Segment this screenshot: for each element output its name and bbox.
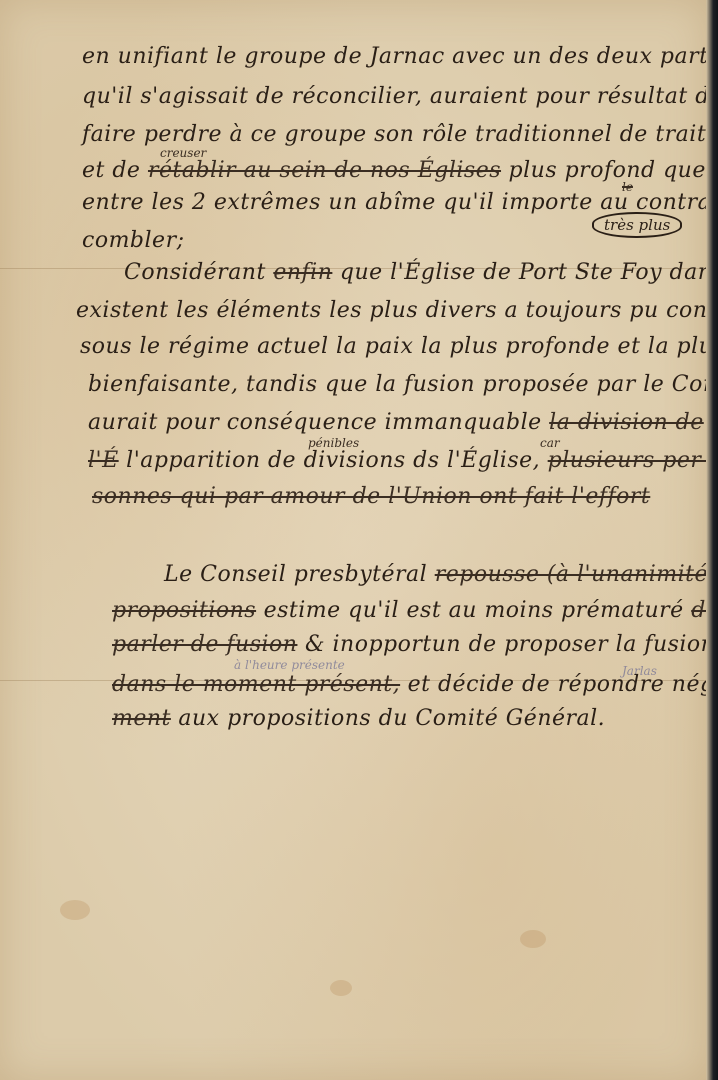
- circled-note: très plus: [592, 212, 682, 238]
- deleted-text: ment: [112, 706, 171, 731]
- text-line: bienfaisante, tandis que la fusion propo…: [88, 372, 718, 397]
- text-line: parler de fusion & inopportun de propose…: [112, 632, 715, 657]
- deleted-insertion: le: [622, 180, 633, 194]
- deleted-text: enfin: [273, 260, 332, 285]
- insertion-above: creuser: [160, 146, 206, 160]
- line-prefix: et de: [82, 158, 140, 183]
- insertion-above: pénibles: [308, 436, 359, 450]
- line-suffix: plus profond que jamais: [509, 158, 718, 183]
- page-edge-shadow: [706, 0, 718, 1080]
- line-text: l'apparition de divisions ds l'Église,: [126, 448, 540, 473]
- deleted-text: dans le moment présent,: [112, 672, 400, 697]
- text-line: aurait pour conséquence immanquable la d…: [88, 410, 704, 435]
- line-suffix: que l'Église de Port Ste Foy dans laquel…: [340, 260, 718, 285]
- line-prefix: Le Conseil presbytéral: [164, 562, 427, 587]
- text-line: propositions estime qu'il est au moins p…: [112, 598, 718, 623]
- text-line: Considérant enfin que l'Église de Port S…: [124, 260, 718, 285]
- stain: [330, 980, 352, 996]
- line-suffix: estime qu'il est au moins prématuré: [264, 598, 684, 623]
- line-prefix: aurait pour conséquence immanquable: [88, 410, 542, 435]
- insertion-above: car: [540, 436, 560, 450]
- deleted-text: repousse (à l'unanimité) les: [435, 562, 718, 587]
- text-line: ment aux propositions du Comité Général.: [112, 706, 605, 731]
- line-suffix: et décide de répondre négative-: [408, 672, 718, 697]
- text-line: faire perdre à ce groupe son rôle tradit…: [82, 122, 718, 147]
- text-line: combler;: [82, 228, 185, 253]
- text-line: en unifiant le groupe de Jarnac avec un …: [82, 44, 718, 69]
- stain: [60, 900, 90, 920]
- text-line: sonnes qui par amour de l'Union ont fait…: [92, 484, 650, 509]
- stain: [520, 930, 546, 948]
- text-line: l'É l'apparition de divisions ds l'Églis…: [88, 448, 709, 473]
- text-line: Le Conseil presbytéral repousse (à l'una…: [164, 562, 718, 587]
- deleted-text: l'É: [88, 448, 119, 473]
- text-line: dans le moment présent, et décide de rép…: [112, 672, 718, 697]
- manuscript-page: en unifiant le groupe de Jarnac avec un …: [0, 0, 706, 1080]
- deleted-text: parler de fusion: [112, 632, 297, 657]
- text-line: existent les éléments les plus divers a …: [76, 298, 718, 323]
- deleted-text: rétablir au sein de nos Églises: [148, 158, 501, 183]
- deleted-text: sonnes qui par amour de l'Union ont fait…: [92, 484, 650, 509]
- text-line: sous le régime actuel la paix la plus pr…: [80, 334, 718, 359]
- deleted-text: plusieurs per-: [548, 448, 710, 473]
- pencil-insertion: à l'heure présente: [234, 658, 345, 672]
- line-suffix: & inopportun de proposer la fusion: [305, 632, 715, 657]
- line-prefix: Considérant: [124, 260, 266, 285]
- deleted-text: propositions: [112, 598, 256, 623]
- deleted-text: la division de: [549, 410, 704, 435]
- line-suffix: aux propositions du Comité Général.: [178, 706, 605, 731]
- text-line: qu'il s'agissait de réconcilier, auraien…: [82, 84, 718, 109]
